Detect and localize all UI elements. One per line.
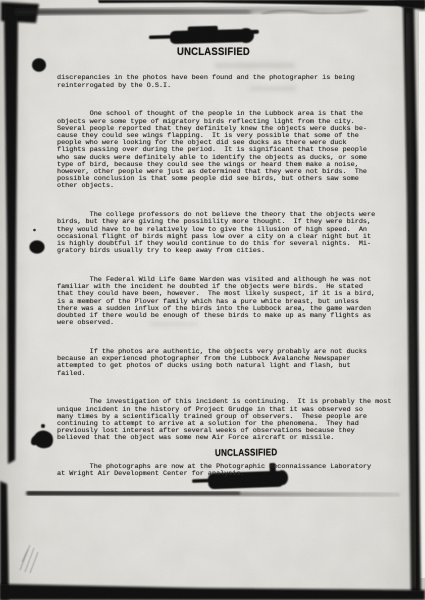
scanned-document-page: UNCLASSIFIED discrepancies in the photos…: [0, 0, 425, 600]
paragraph-bird-theory: One school of thought of the people in t…: [57, 111, 409, 190]
classification-stamp-bottom: UNCLASSIFIED: [215, 447, 277, 459]
paragraph-photographs-location: The photographs are now at the Photograp…: [57, 464, 409, 478]
document-body: discrepancies in the photos have been fo…: [57, 61, 409, 500]
paragraph-photos-authentic: If the photos are authentic, the objects…: [57, 349, 409, 378]
classification-stamp-top: UNCLASSIFIED: [177, 46, 250, 58]
paragraph-game-warden: The Federal Wild Life Game Warden was vi…: [57, 277, 409, 327]
paragraph-investigation: The investigation of this incident is co…: [57, 399, 409, 442]
paragraph-professors: The college professors do not believe th…: [57, 212, 409, 255]
paragraph-continuation: discrepancies in the photos have been fo…: [57, 75, 409, 89]
